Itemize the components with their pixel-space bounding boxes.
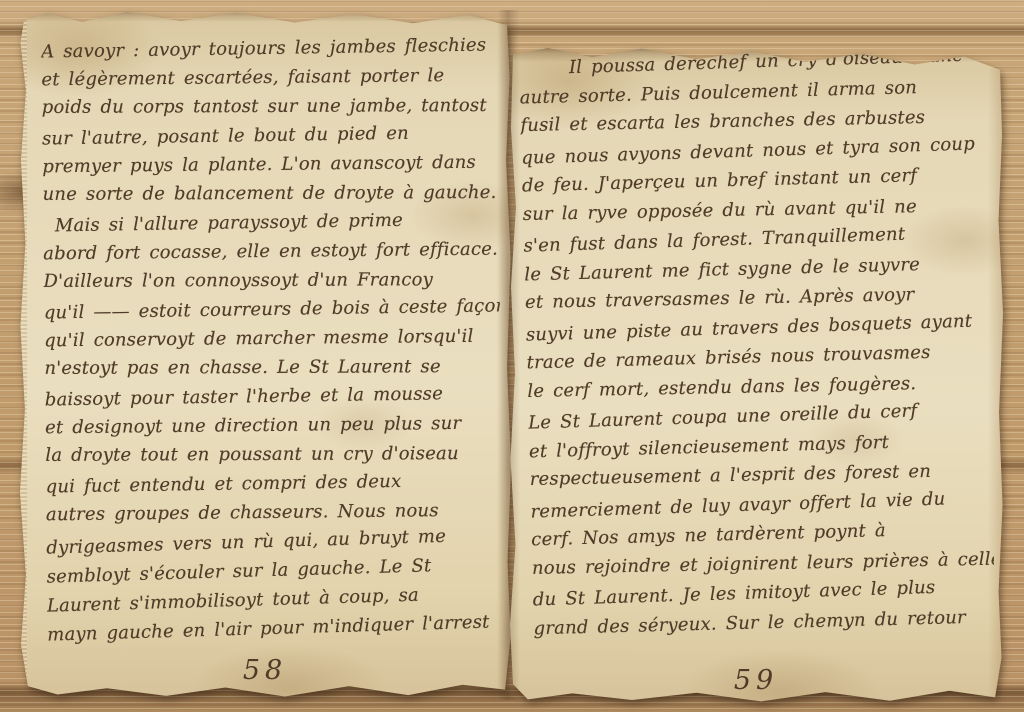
left-page: A savoyr : avoyr toujours les jambes fle… — [18, 8, 512, 700]
right-page-sheet: Il poussa derechef un cry d'oiseau d'une… — [508, 42, 1004, 704]
left-page-text: A savoyr : avoyr toujours les jambes fle… — [15, 5, 516, 645]
manuscript-line: abord fort cocasse, elle en estoyt fort … — [43, 235, 499, 269]
right-page-text: Il poussa derechef un cry d'oiseau d'une… — [492, 29, 1004, 644]
left-page-sheet: A savoyr : avoyr toujours les jambes fle… — [18, 8, 512, 700]
manuscript-line: la droyte tout en poussant un cry d'oise… — [45, 439, 501, 470]
right-page: Il poussa derechef un cry d'oiseau d'une… — [508, 42, 1004, 704]
manuscript-line: et légèrement escartées, faisant porter … — [41, 61, 497, 95]
manuscript-line: n'estoyt pas en chasse. Le St Laurent se — [44, 352, 500, 383]
manuscript-line: et designoyt une direction un peu plus s… — [45, 409, 501, 443]
manuscript-line: premyer puys la plante. L'on avanscoyt d… — [42, 148, 498, 182]
manuscript-line: poids du corps tantost sur une jambe, ta… — [42, 91, 498, 122]
right-page-number: 59 — [508, 665, 1004, 696]
manuscript-line: D'ailleurs l'on connoyssoyt d'un Francoy — [43, 265, 499, 296]
manuscript-line: qu'il conservoyt de marcher mesme lorsqu… — [44, 322, 500, 356]
wood-table-background: A savoyr : avoyr toujours les jambes fle… — [0, 0, 1024, 712]
manuscript-line: une sorte de balancement de droyte à gau… — [43, 178, 499, 209]
left-page-number: 58 — [18, 655, 512, 686]
